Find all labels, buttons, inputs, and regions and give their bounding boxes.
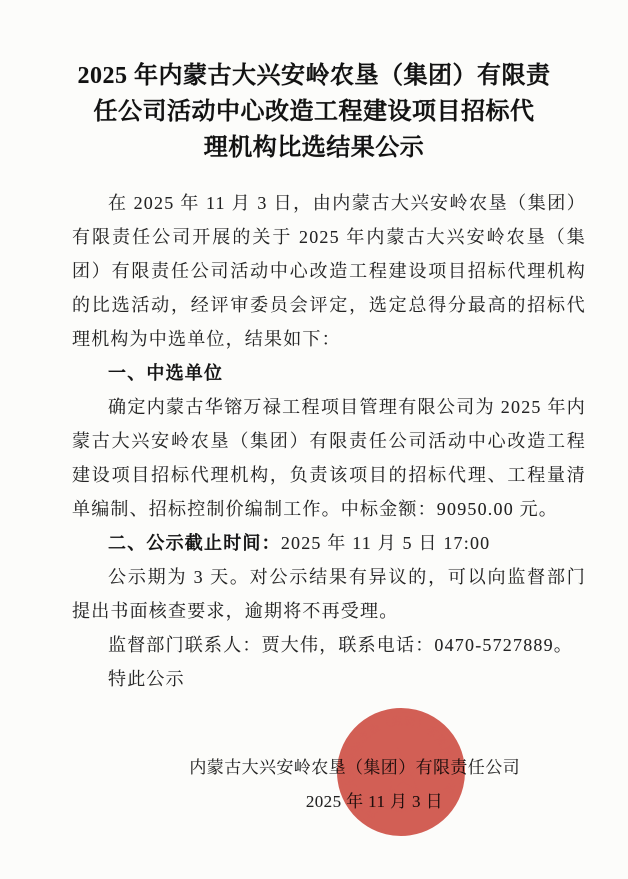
section-2-deadline: 2025 年 11 月 5 日 17:00 — [281, 533, 491, 553]
closing-line: 特此公示 — [72, 662, 586, 696]
title-line-3: 理机构比选结果公示 — [0, 130, 628, 166]
contact-paragraph: 监督部门联系人：贾大伟，联系电话：0470-5727889。 — [72, 628, 586, 662]
section-2-line: 二、公示截止时间：2025 年 11 月 5 日 17:00 — [72, 526, 586, 560]
intro-paragraph: 在 2025 年 11 月 3 日，由内蒙古大兴安岭农垦（集团）有限责任公司开展… — [72, 186, 586, 356]
title-line-1: 2025 年内蒙古大兴安岭农垦（集团）有限责 — [0, 58, 628, 94]
objection-paragraph: 公示期为 3 天。对公示结果有异议的，可以向监督部门提出书面核查要求，逾期将不再… — [72, 560, 586, 628]
document-title: 2025 年内蒙古大兴安岭农垦（集团）有限责 任公司活动中心改造工程建设项目招标… — [0, 58, 628, 166]
signature-org: 内蒙古大兴安岭农垦（集团）有限责任公司 — [189, 753, 520, 778]
notice-document-page: 2025 年内蒙古大兴安岭农垦（集团）有限责 任公司活动中心改造工程建设项目招标… — [0, 0, 628, 879]
title-line-2: 任公司活动中心改造工程建设项目招标代 — [0, 94, 628, 130]
section-1-heading: 一、中选单位 — [72, 356, 586, 390]
signature-date: 2025 年 11 月 3 日 — [306, 787, 443, 812]
document-body: 在 2025 年 11 月 3 日，由内蒙古大兴安岭农垦（集团）有限责任公司开展… — [72, 186, 586, 696]
winner-paragraph: 确定内蒙古华镕万禄工程项目管理有限公司为 2025 年内蒙古大兴安岭农垦（集团）… — [72, 390, 586, 526]
section-2-label: 二、公示截止时间： — [108, 533, 281, 553]
